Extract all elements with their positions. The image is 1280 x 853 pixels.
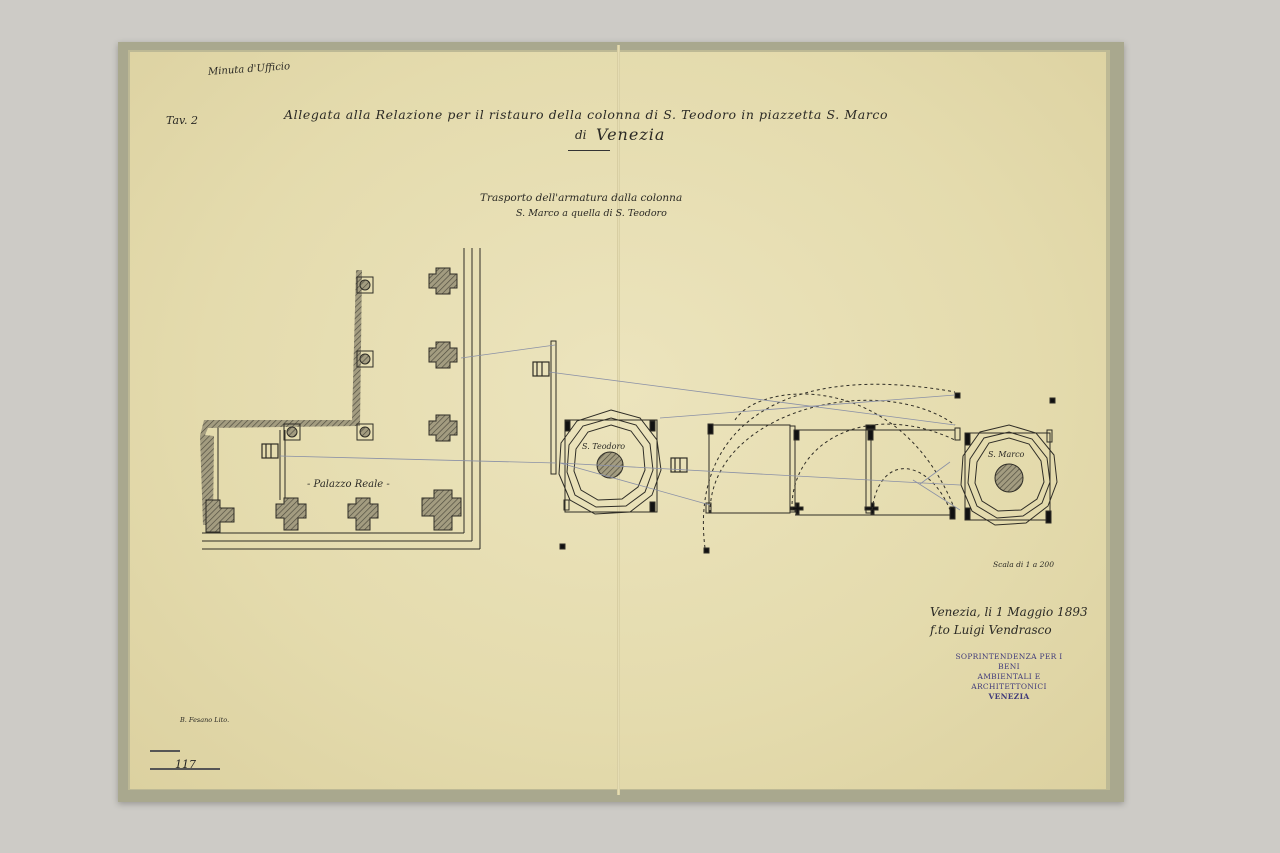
date-line: Venezia, li 1 Maggio 1893: [930, 605, 1088, 619]
column-s-teodoro: [559, 410, 661, 549]
stamp-line-3: VENEZIA: [944, 692, 1074, 702]
palazzo-reale-label: - Palazzo Reale -: [307, 479, 390, 490]
column-s-marco: [961, 425, 1057, 525]
archive-number: 117: [175, 758, 196, 771]
lithographer-credit: B. Fesano Lito.: [180, 716, 229, 724]
scale-note: Scala di 1 a 200: [993, 560, 1054, 569]
soprintendenza-stamp: SOPRINTENDENZA PER I BENI AMBIENTALI E A…: [944, 652, 1074, 702]
stamp-line-2: AMBIENTALI E ARCHITETTONICI: [944, 672, 1074, 692]
signature: f.to Luigi Vendrasco: [930, 623, 1052, 637]
archive-stamp: [150, 742, 250, 778]
plan-drawing: [0, 0, 1280, 853]
stamp-line-1: SOPRINTENDENZA PER I BENI: [944, 652, 1074, 672]
s-teodoro-label: S. Teodoro: [582, 442, 625, 451]
s-marco-label: S. Marco: [988, 450, 1024, 459]
